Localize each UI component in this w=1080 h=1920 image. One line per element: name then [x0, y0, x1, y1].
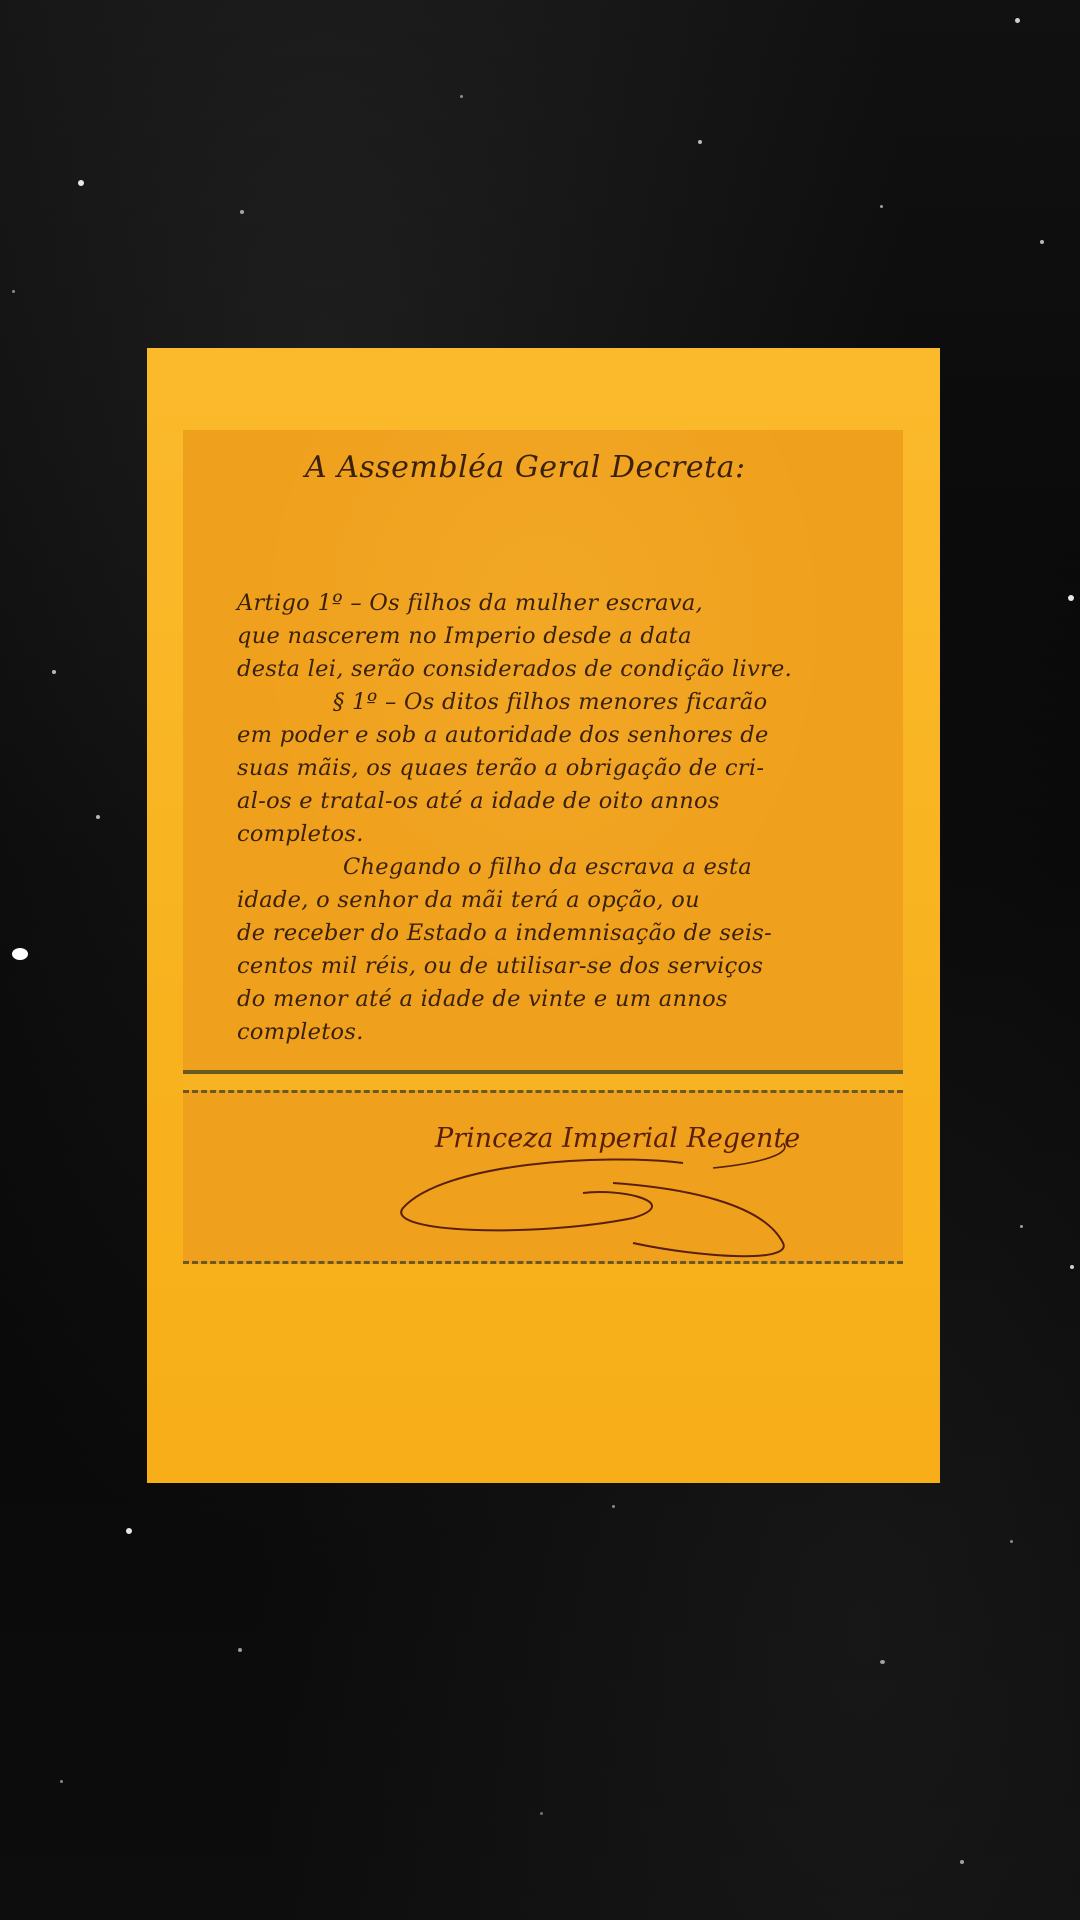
- decree-line: que nascerem no Imperio desde a data: [237, 623, 692, 649]
- decree-line: idade, o senhor da mãi terá a opção, ou: [237, 887, 700, 913]
- historical-document: A Assembléa Geral Decreta: Artigo 1º – O…: [183, 430, 903, 1264]
- decree-line: centos mil réis, ou de utilisar-se dos s…: [237, 953, 763, 979]
- torn-gap: [183, 1074, 903, 1090]
- decree-line: do menor até a idade de vinte e um annos: [237, 986, 728, 1012]
- signature-flourish-icon: [383, 1133, 823, 1263]
- decree-line: § 1º – Os ditos filhos menores ficarão: [333, 689, 767, 715]
- decree-text-section: A Assembléa Geral Decreta: Artigo 1º – O…: [183, 430, 903, 1074]
- yellow-card: A Assembléa Geral Decreta: Artigo 1º – O…: [147, 348, 940, 1483]
- decree-line: de receber do Estado a indemnisação de s…: [237, 920, 772, 946]
- decree-line: Chegando o filho da escrava a esta: [343, 854, 752, 880]
- decree-line: em poder e sob a autoridade dos senhores…: [237, 722, 769, 748]
- decree-line: desta lei, serão considerados de condiçã…: [237, 656, 792, 682]
- decree-line: completos.: [237, 821, 364, 847]
- signature-section: Princeza Imperial Regente: [183, 1090, 903, 1264]
- decree-heading: A Assembléa Geral Decreta:: [305, 450, 746, 485]
- decree-line: Artigo 1º – Os filhos da mulher escrava,: [237, 590, 703, 616]
- decree-line: completos.: [237, 1019, 364, 1045]
- decree-line: al-os e tratal-os até a idade de oito an…: [237, 788, 720, 814]
- decree-line: suas mãis, os quaes terão a obrigação de…: [237, 755, 764, 781]
